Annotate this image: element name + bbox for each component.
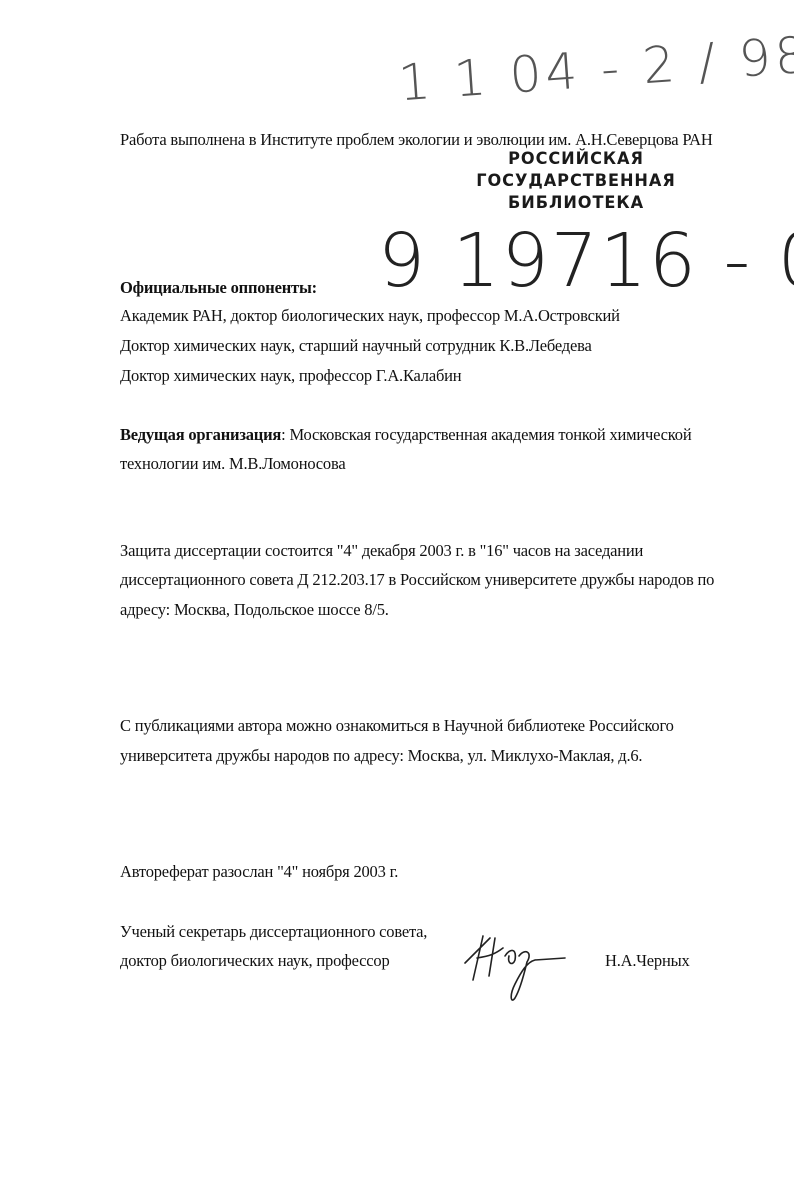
opponent-item: Доктор химических наук, профессор Г.А.Ка… (120, 366, 461, 386)
leading-org-text: : Московская государственная академия то… (281, 425, 691, 444)
secretary-name: Н.А.Черных (605, 951, 690, 971)
library-line-2: университета дружбы народов по адресу: М… (120, 746, 642, 766)
institute-line: Работа выполнена в Институте проблем эко… (120, 130, 713, 150)
library-line-1: С публикациями автора можно ознакомиться… (120, 716, 674, 736)
handwritten-registration-number: 9 19716 - 04 (378, 218, 794, 304)
opponent-item: Академик РАН, доктор биологических наук,… (120, 306, 620, 326)
signature-icon (455, 918, 585, 1008)
handwritten-catalog-number: 1 1 04 - 2 / 98 (396, 26, 794, 113)
opponents-heading: Официальные оппоненты: (120, 278, 317, 298)
defense-line-1: Защита диссертации состоится "4" декабря… (120, 541, 643, 561)
defense-line-3: адресу: Москва, Подольское шоссе 8/5. (120, 600, 389, 620)
leading-org-line-2: технологии им. М.В.Ломоносова (120, 454, 345, 474)
stamp-line-2: ГОСУДАРСТВЕННАЯ (472, 170, 681, 192)
stamp-line-3: БИБЛИОТЕКА (472, 192, 681, 214)
sent-date: Автореферат разослан "4" ноября 2003 г. (120, 862, 398, 882)
stamp-line-1: РОССИЙСКАЯ (472, 148, 681, 170)
opponent-item: Доктор химических наук, старший научный … (120, 336, 592, 356)
leading-org-line-1: Ведущая организация: Московская государс… (120, 425, 691, 445)
defense-line-2: диссертационного совета Д 212.203.17 в Р… (120, 570, 714, 590)
secretary-line-2: доктор биологических наук, профессор (120, 951, 390, 971)
leading-org-label: Ведущая организация (120, 425, 281, 444)
library-stamp: РОССИЙСКАЯ ГОСУДАРСТВЕННАЯ БИБЛИОТЕКА (472, 148, 681, 214)
secretary-line-1: Ученый секретарь диссертационного совета… (120, 922, 427, 942)
